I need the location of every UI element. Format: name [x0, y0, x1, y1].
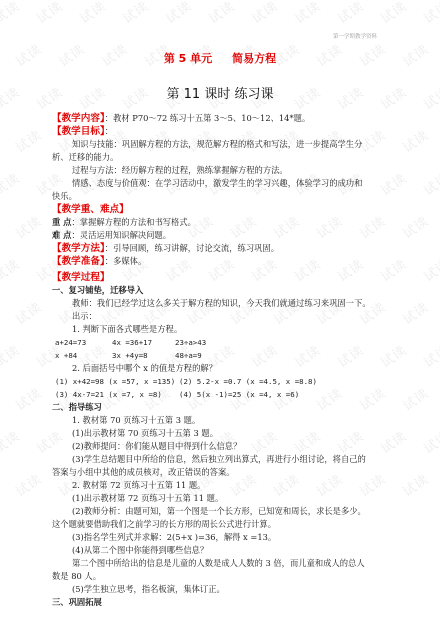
teaching-content: 【教学内容】：教材 P70～72 练习十五第 3～5、10～12、14*题。 — [55, 112, 395, 125]
exercise-2: 2. 教材第 72 页练习十五第 11 题。 — [55, 479, 395, 492]
colon: ： — [105, 126, 113, 136]
expression: 3x +4y=8 — [112, 349, 175, 362]
equation-choice: (4) 5(x -1)=25 (x =4, x =6) — [179, 388, 329, 401]
teaching-methods-text: ：引导回顾，练习讲解，讨论交流，练习巩固。 — [105, 243, 279, 253]
exercise-1-step: (1)出示教材第 70 页练习十五第 3 题。 — [55, 427, 395, 440]
question-2-row: (1) x+42=98 (x =57, x =135) (2) 5.2-x =0… — [55, 375, 395, 388]
teaching-preparation-text: ：多媒体。 — [105, 256, 147, 266]
section-heading: 【教学方法】 — [52, 243, 105, 254]
step-1-title: 一、复习铺垫，迁移导入 — [52, 284, 395, 297]
equation-choice: (1) x+42=98 (x =57, x =135) — [55, 375, 179, 388]
step-3-title: 三、巩固拓展 — [52, 596, 395, 609]
teaching-preparation: 【教学准备】：多媒体。 — [55, 255, 395, 268]
teacher-intro: 教师：我们已经学过这么多关于解方程的知识，今天我们就通过练习来巩固一下。 — [55, 297, 395, 310]
step-2-title: 二、指导练习 — [52, 401, 395, 414]
goal-process: 过程与方法：经历解方程的过程，熟练掌握解方程的方法。 — [55, 164, 395, 177]
equation-choice: (3) 4x-7=21 (x =7, x =8) — [55, 388, 179, 401]
document-page: 第一学期教学资料 第 5 单元简易方程 第 11 课时 练习课 【教学内容】：教… — [0, 0, 440, 620]
teaching-content-text: ：教材 P70～72 练习十五第 3～5、10～12、14*题。 — [105, 113, 310, 123]
goal-knowledge: 知识与技能：巩固解方程的方法，规范解方程的格式和写法，进一步提高学生分 — [55, 138, 395, 151]
section-heading: 【教学重、难点】 — [52, 204, 129, 215]
teaching-methods: 【教学方法】：引导回顾，练习讲解，讨论交流，练习巩固。 — [55, 242, 395, 255]
difficult-point: 难 点：灵活运用知识解决问题。 — [52, 229, 395, 242]
exercise-1-step: (2)教师提问：你们能从题目中得到什么信息？ — [55, 440, 395, 453]
exercise-2-step: (5)学生独立思考，指名板演，集体订正。 — [55, 583, 395, 596]
section-heading: 【教学过程】 — [52, 272, 110, 283]
question-1-row: a+24=73 4x =36+17 23÷a>43 — [55, 336, 395, 349]
equation-choice: (2) 5.2-x =0.7 (x =4.5, x =8.8) — [179, 375, 329, 388]
expression: 4x =36+17 — [112, 336, 175, 349]
expression: 48÷a=9 — [175, 349, 255, 362]
exercise-2-step: (2)教师分析：由题可知，第一个图是一个长方形，已知宽和周长，求长是多少。 — [55, 505, 395, 518]
difficult-point-text: ：灵活运用知识解决问题。 — [71, 230, 171, 240]
exercise-2-step-cont: 这个题就要借助我们之前学习的长方形的周长公式进行计算。 — [52, 518, 395, 531]
key-point: 重 点：掌握解方程的方法和书写格式。 — [52, 216, 395, 229]
key-points-heading: 【教学重、难点】 — [55, 203, 395, 216]
goal-knowledge-cont: 析、迁移的能力。 — [52, 151, 395, 164]
key-point-label: 重 点 — [52, 217, 71, 227]
teaching-goals-heading: 【教学目标】： — [55, 125, 395, 138]
exercise-2-answer-cont: 数是 80 人。 — [52, 570, 395, 583]
exercise-1-step-cont: 答案与小组中其他的成员核对，改正错误的答案。 — [52, 466, 395, 479]
teaching-process-heading: 【教学过程】 — [55, 271, 395, 284]
unit-name: 简易方程 — [232, 52, 276, 65]
question-1-title: 1. 判断下面各式哪些是方程。 — [55, 323, 395, 336]
section-heading: 【教学准备】 — [52, 256, 105, 267]
unit-number: 第 5 单元 — [164, 52, 212, 65]
exercise-2-step: (3)指名学生列式并求解：2(5+x )=36，解得 x =13。 — [55, 531, 395, 544]
section-heading: 【教学内容】 — [52, 113, 105, 124]
show-label: 出示： — [55, 310, 395, 323]
exercise-2-step: (4)从第二个图中你能得到哪些信息？ — [55, 544, 395, 557]
goal-emotion-cont: 快乐。 — [52, 190, 395, 203]
lesson-title: 第 11 课时 练习课 — [0, 83, 440, 102]
unit-title: 第 5 单元简易方程 — [0, 50, 440, 66]
lesson-plan-body: 【教学内容】：教材 P70～72 练习十五第 3～5、10～12、14*题。 【… — [55, 112, 395, 609]
expression: a+24=73 — [55, 336, 112, 349]
question-1-row: x +84 3x +4y=8 48÷a=9 — [55, 349, 395, 362]
expression: x +84 — [55, 349, 112, 362]
key-point-text: ：掌握解方程的方法和书写格式。 — [71, 217, 195, 227]
exercise-2-answer: 第二个图中所给出的信息是儿童的人数是成人人数的 3 倍，而儿童和成人的总人 — [55, 557, 395, 570]
section-heading: 【教学目标】 — [52, 126, 105, 137]
question-2-title: 2. 后面括号中哪个 x 的值是方程的解？ — [55, 362, 395, 375]
goal-emotion: 情感、态度与价值观：在学习活动中，激发学生的学习兴趣，体验学习的成功和 — [55, 177, 395, 190]
question-2-row: (3) 4x-7=21 (x =7, x =8) (4) 5(x -1)=25 … — [55, 388, 395, 401]
exercise-1-step: (3)学生总结题目中所给的信息，然后独立列出算式，再进行小组讨论，将自己的 — [55, 453, 395, 466]
exercise-2-step: (1)出示教材第 72 页练习十五第 11 题。 — [55, 492, 395, 505]
expression: 23÷a>43 — [175, 336, 255, 349]
header-note: 第一学期教学资料 — [333, 32, 377, 40]
exercise-1: 1. 教材第 70 页练习十五第 3 题。 — [55, 414, 395, 427]
difficult-point-label: 难 点 — [52, 230, 71, 240]
